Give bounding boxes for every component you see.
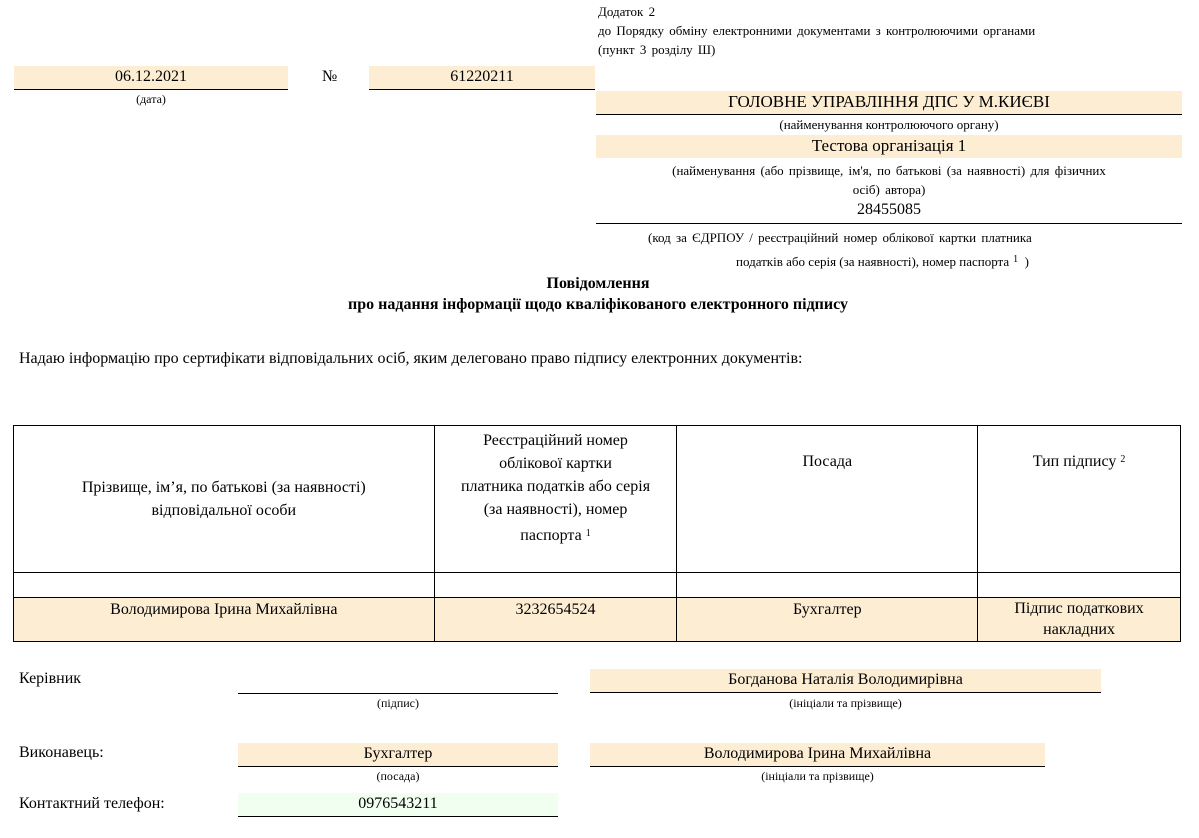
header-registration-number: Реєстраційний номер облікової картки пла… bbox=[434, 426, 677, 573]
table-row: Володимирова Ірина Михайлівна 3232654524… bbox=[14, 598, 1181, 642]
header-sign-type: Тип підпису2 bbox=[978, 426, 1181, 573]
phone-field[interactable]: 0976543211 bbox=[238, 793, 558, 817]
header-position: Посада bbox=[677, 426, 978, 573]
head-name-field[interactable]: Богданова Наталія Володимирівна bbox=[590, 669, 1101, 693]
head-label: Керівник bbox=[19, 670, 81, 688]
header-reg-line-2: облікової картки bbox=[439, 452, 673, 475]
intro-text: Надаю інформацію про сертифікати відпові… bbox=[19, 350, 802, 368]
responsible-persons-table: Прізвище, ім’я, по батькові (за наявност… bbox=[13, 425, 1181, 642]
cell-full-name[interactable]: Володимирова Ірина Михайлівна bbox=[14, 598, 435, 642]
appendix-line-2: до Порядку обміну електронними документа… bbox=[598, 21, 1035, 40]
table-header-row: Прізвище, ім’я, по батькові (за наявност… bbox=[14, 426, 1181, 573]
document-title: Повідомлення про надання інформації щодо… bbox=[0, 273, 1196, 315]
organization-field[interactable]: Тестова організація 1 bbox=[596, 135, 1182, 158]
code-caption: (код за ЄДРПОУ / реєстраційний номер обл… bbox=[596, 226, 1182, 274]
document-number-field[interactable]: 61220211 bbox=[369, 66, 595, 90]
code-field[interactable]: 28455085 bbox=[596, 199, 1182, 224]
executor-name-field[interactable]: Володимирова Ірина Михайлівна bbox=[590, 743, 1045, 767]
footnote-1-marker: 1 bbox=[586, 528, 591, 539]
executor-position-field[interactable]: Бухгалтер bbox=[238, 743, 558, 767]
spacer-cell bbox=[434, 573, 677, 598]
spacer-cell bbox=[978, 573, 1181, 598]
header-reg-line-5: паспорта1 bbox=[439, 524, 673, 547]
header-position-text: Посада bbox=[681, 450, 973, 473]
code-caption-text: податків або серія (за наявності), номер… bbox=[736, 254, 1009, 269]
footnote-2-marker: 2 bbox=[1120, 454, 1125, 465]
code-caption-close: ) bbox=[1025, 254, 1029, 269]
code-caption-line-2: податків або серія (за наявності), номер… bbox=[596, 250, 1182, 274]
header-reg-line-3: платника податків або серія bbox=[439, 475, 673, 498]
signature-caption: (підпис) bbox=[238, 696, 558, 711]
header-reg-line-5-text: паспорта bbox=[520, 527, 581, 544]
spacer-cell bbox=[677, 573, 978, 598]
authority-field[interactable]: ГОЛОВНЕ УПРАВЛІННЯ ДПС У М.КИЄВІ bbox=[596, 91, 1182, 115]
header-reg-line-1: Реєстраційний номер bbox=[439, 429, 673, 452]
appendix-line-3: (пункт 3 розділу Ш) bbox=[598, 40, 1035, 59]
executor-label: Виконавець: bbox=[19, 744, 104, 762]
date-field[interactable]: 06.12.2021 bbox=[14, 66, 288, 90]
appendix-line-1: Додаток 2 bbox=[598, 2, 1035, 21]
organization-caption: (найменування (або прізвище, ім'я, по ба… bbox=[596, 161, 1182, 199]
header-reg-line-4: (за наявності), номер bbox=[439, 498, 673, 521]
date-caption: (дата) bbox=[14, 92, 288, 107]
table-spacer-row bbox=[14, 573, 1181, 598]
header-full-name-line-2: відповідальної особи bbox=[18, 499, 430, 522]
sign-type-line-2: накладних bbox=[982, 619, 1176, 640]
code-caption-line-1: (код за ЄДРПОУ / реєстраційний номер обл… bbox=[596, 226, 1182, 250]
title-line-2: про надання інформації щодо кваліфікован… bbox=[0, 294, 1196, 315]
phone-label: Контактний телефон: bbox=[19, 795, 165, 813]
number-sign: № bbox=[322, 66, 337, 87]
head-signature-field[interactable] bbox=[238, 670, 558, 694]
title-line-1: Повідомлення bbox=[0, 273, 1196, 294]
authority-caption: (найменування контролюючого органу) bbox=[596, 117, 1182, 133]
executor-position-caption: (посада) bbox=[238, 769, 558, 784]
appendix-note: Додаток 2 до Порядку обміну електронними… bbox=[598, 2, 1035, 59]
footnote-1-marker: 1 bbox=[1013, 254, 1018, 265]
header-sign-type-line: Тип підпису2 bbox=[982, 450, 1176, 473]
sign-type-line-1: Підпис податкових bbox=[982, 598, 1176, 619]
header-sign-type-text: Тип підпису bbox=[1033, 453, 1117, 470]
cell-position[interactable]: Бухгалтер bbox=[677, 598, 978, 642]
header-full-name-line-1: Прізвище, ім’я, по батькові (за наявност… bbox=[18, 476, 430, 499]
organization-caption-line-2: осіб) автора) bbox=[596, 180, 1182, 199]
spacer-cell bbox=[14, 573, 435, 598]
cell-sign-type[interactable]: Підпис податкових накладних bbox=[978, 598, 1181, 642]
cell-registration-number[interactable]: 3232654524 bbox=[434, 598, 677, 642]
header-full-name: Прізвище, ім’я, по батькові (за наявност… bbox=[14, 426, 435, 573]
executor-name-caption: (ініціали та прізвище) bbox=[590, 769, 1045, 784]
head-name-caption: (ініціали та прізвище) bbox=[590, 696, 1101, 711]
organization-caption-line-1: (найменування (або прізвище, ім'я, по ба… bbox=[596, 161, 1182, 180]
